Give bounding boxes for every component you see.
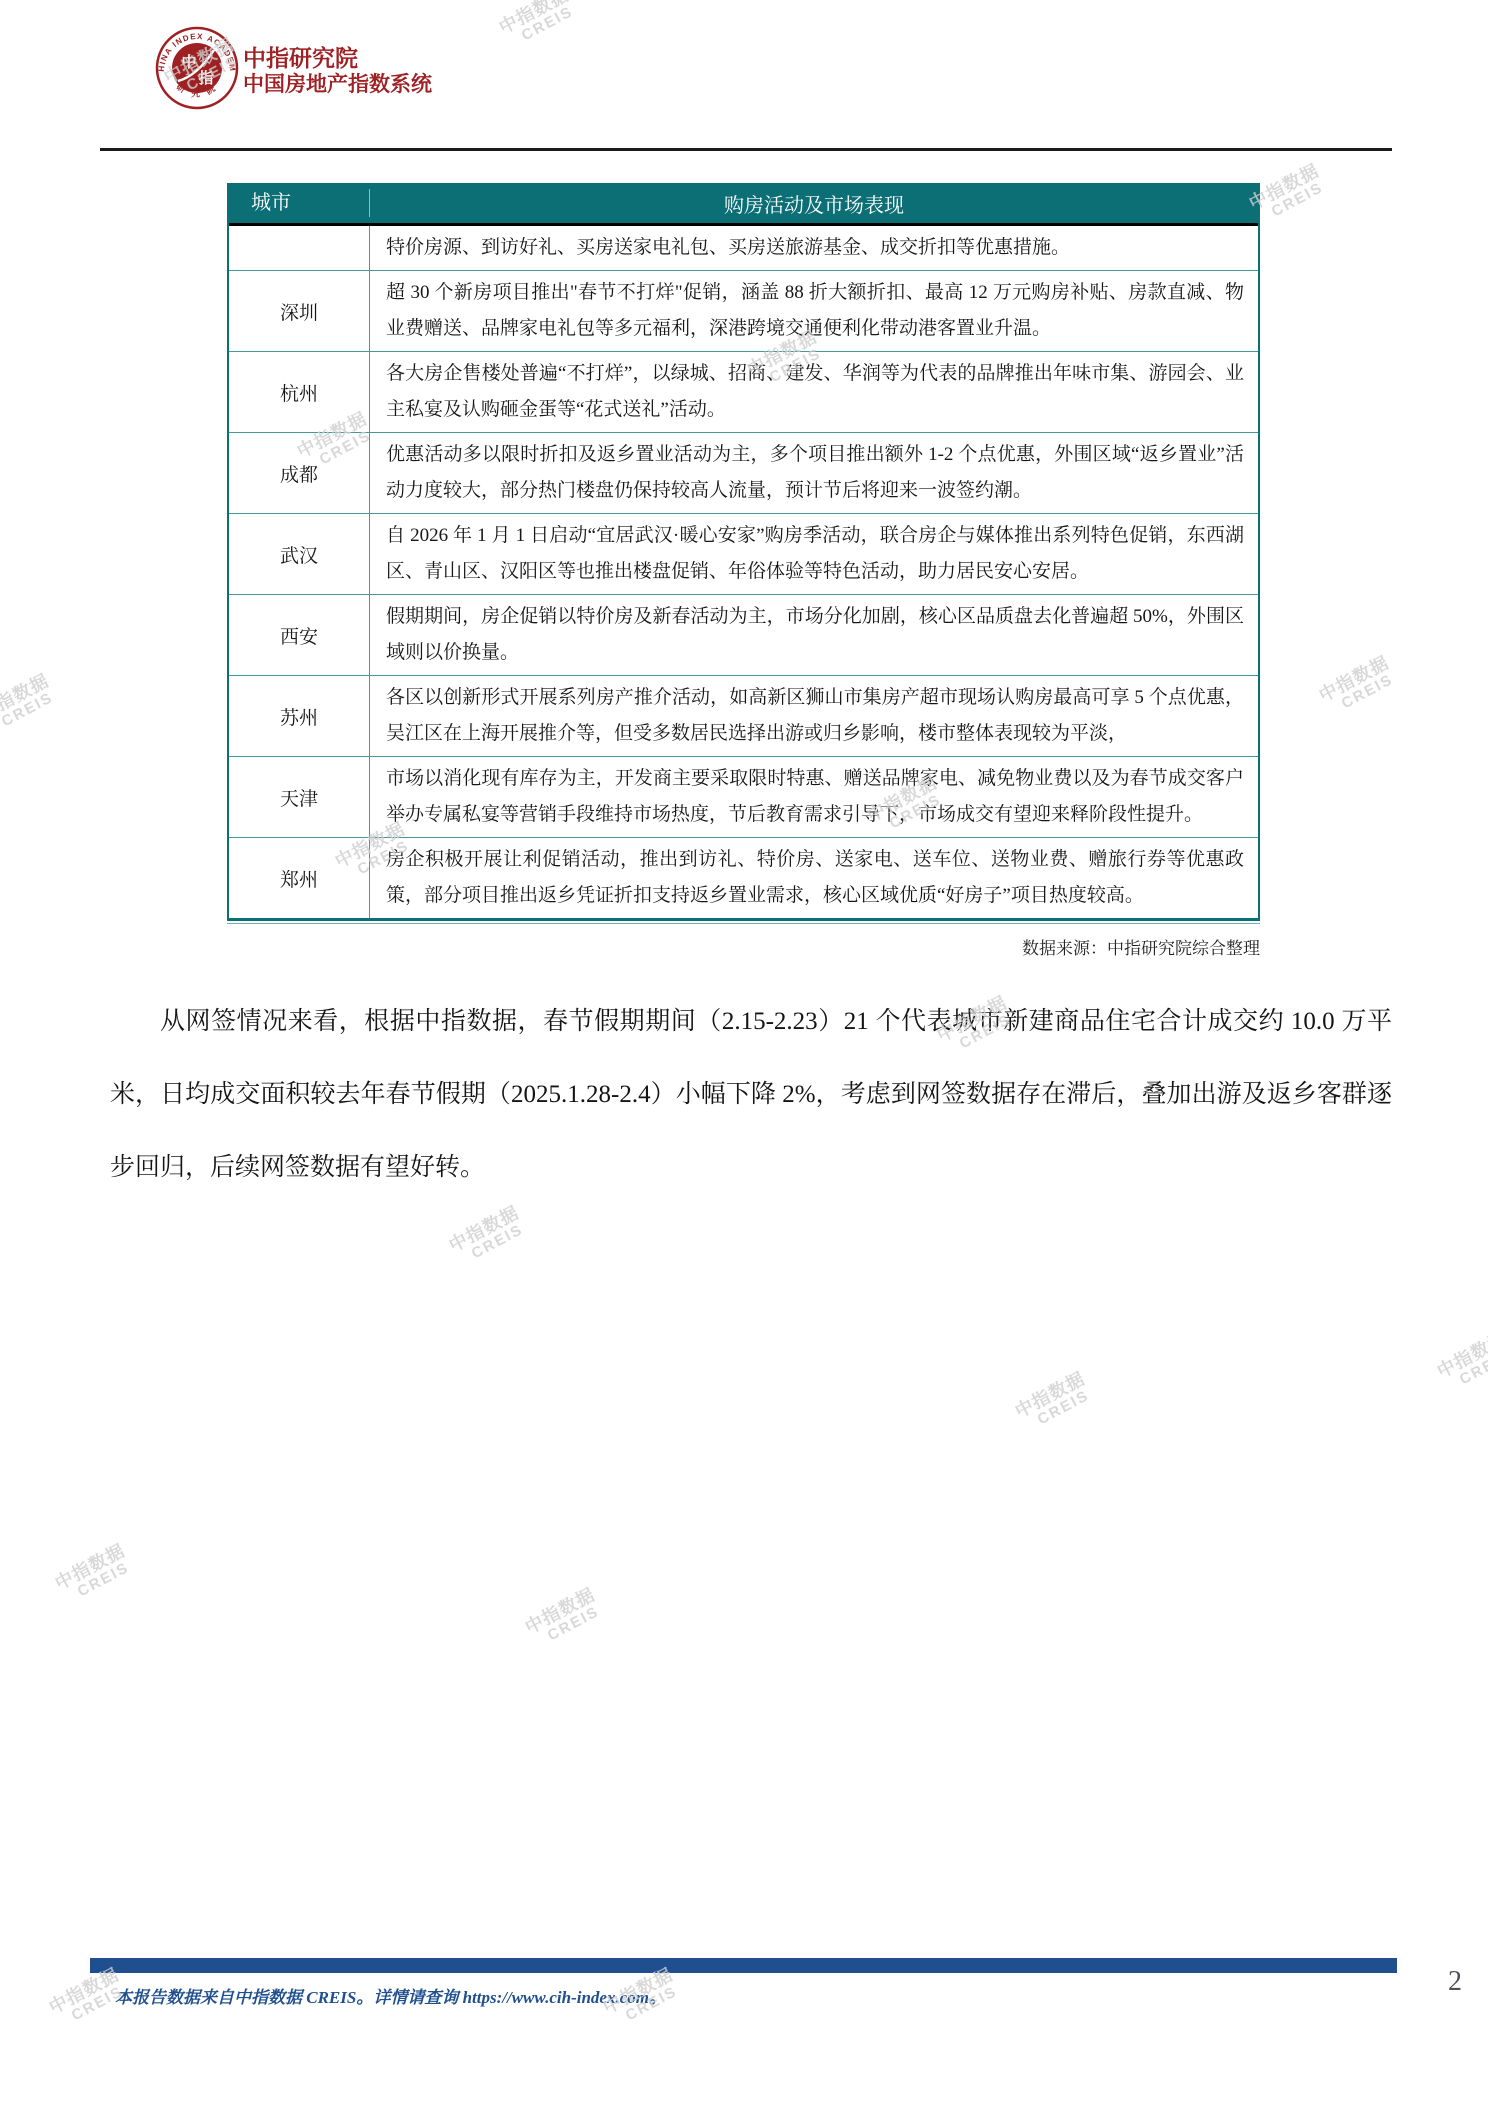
city-cell: 杭州 bbox=[229, 352, 370, 432]
city-cell: 深圳 bbox=[229, 271, 370, 351]
activity-cell: 市场以消化现有库存为主，开发商主要采取限时特惠、赠送品牌家电、减免物业费以及为春… bbox=[370, 757, 1258, 837]
table-row: 特价房源、到访好礼、买房送家电礼包、买房送旅游基金、成交折扣等优惠措施。 bbox=[229, 226, 1258, 271]
header-divider bbox=[100, 148, 1392, 151]
page-number: 2 bbox=[1448, 1966, 1462, 1998]
cia-logo-icon: CHINA INDEX ACADEMY 中 指 研 究 院 bbox=[155, 26, 239, 110]
watermark: 中指数据CREIS bbox=[52, 1540, 136, 1608]
page-content: 城市 购房活动及市场表现 特价房源、到访好礼、买房送家电礼包、买房送旅游基金、成… bbox=[0, 183, 1488, 1204]
table-row: 成都 优惠活动多以限时折扣及返乡置业活动为主，多个项目推出额外 1-2 个点优惠… bbox=[229, 433, 1258, 514]
city-cell: 郑州 bbox=[229, 838, 370, 918]
table-row: 武汉 自 2026 年 1 月 1 日启动“宜居武汉·暖心安家”购房季活动，联合… bbox=[229, 514, 1258, 595]
watermark: 中指数据CREIS bbox=[496, 0, 580, 53]
org-name: 中指研究院 bbox=[243, 44, 432, 72]
city-cell: 天津 bbox=[229, 757, 370, 837]
table-row: 杭州 各大房企售楼处普遍“不打烊”，以绿城、招商、建发、华润等为代表的品牌推出年… bbox=[229, 352, 1258, 433]
table-row: 郑州 房企积极开展让利促销活动，推出到访礼、特价房、送家电、送车位、送物业费、赠… bbox=[229, 838, 1258, 918]
watermark: 中指数据CREIS bbox=[1012, 1368, 1096, 1436]
activity-cell: 超 30 个新房项目推出"春节不打烊"促销，涵盖 88 折大额折扣、最高 12 … bbox=[370, 271, 1258, 351]
table-row: 天津 市场以消化现有库存为主，开发商主要采取限时特惠、赠送品牌家电、减免物业费以… bbox=[229, 757, 1258, 838]
footer-bar bbox=[90, 1958, 1397, 1973]
table-row: 苏州 各区以创新形式开展系列房产推介活动，如高新区狮山市集房产超市现场认购房最高… bbox=[229, 676, 1258, 757]
activity-cell: 各区以创新形式开展系列房产推介活动，如高新区狮山市集房产超市现场认购房最高可享 … bbox=[370, 676, 1258, 756]
city-cell bbox=[229, 226, 370, 270]
org-title: 中指研究院 中国房地产指数系统 bbox=[243, 44, 432, 98]
footer-note: 本报告数据来自中指数据 CREIS。详情请查询 https://www.cih-… bbox=[115, 1983, 666, 2008]
activity-cell: 假期期间，房企促销以特价房及新春活动为主，市场分化加剧，核心区品质盘去化普遍超 … bbox=[370, 595, 1258, 675]
activity-cell: 各大房企售楼处普遍“不打烊”，以绿城、招商、建发、华润等为代表的品牌推出年味市集… bbox=[370, 352, 1258, 432]
column-header-city: 城市 bbox=[229, 189, 370, 217]
city-cell: 苏州 bbox=[229, 676, 370, 756]
org-system-name: 中国房地产指数系统 bbox=[243, 72, 432, 98]
activity-cell: 特价房源、到访好礼、买房送家电礼包、买房送旅游基金、成交折扣等优惠措施。 bbox=[370, 226, 1258, 270]
logo-inner-char-top: 中 bbox=[181, 54, 196, 71]
city-cell: 成都 bbox=[229, 433, 370, 513]
activity-cell: 房企积极开展让利促销活动，推出到访礼、特价房、送家电、送车位、送物业费、赠旅行券… bbox=[370, 838, 1258, 918]
column-header-activity: 购房活动及市场表现 bbox=[370, 189, 1258, 218]
table-header-row: 城市 购房活动及市场表现 bbox=[229, 183, 1258, 223]
city-cell: 西安 bbox=[229, 595, 370, 675]
city-cell: 武汉 bbox=[229, 514, 370, 594]
body-paragraph: 从网签情况来看，根据中指数据，春节假期期间（2.15-2.23）21 个代表城市… bbox=[110, 985, 1392, 1204]
activity-cell: 自 2026 年 1 月 1 日启动“宜居武汉·暖心安家”购房季活动，联合房企与… bbox=[370, 514, 1258, 594]
city-activity-table: 城市 购房活动及市场表现 特价房源、到访好礼、买房送家电礼包、买房送旅游基金、成… bbox=[227, 183, 1260, 921]
data-source-note: 数据来源：中指研究院综合整理 bbox=[227, 934, 1260, 959]
watermark: 中指数据CREIS bbox=[446, 1202, 530, 1270]
activity-cell: 优惠活动多以限时折扣及返乡置业活动为主，多个项目推出额外 1-2 个点优惠，外围… bbox=[370, 433, 1258, 513]
watermark: 中指数据CREIS bbox=[522, 1584, 606, 1652]
table-bottom-underline bbox=[227, 923, 1260, 924]
report-page: { "header": { "logo": { "arc_top": "CHIN… bbox=[0, 0, 1488, 2104]
table-row: 西安 假期期间，房企促销以特价房及新春活动为主，市场分化加剧，核心区品质盘去化普… bbox=[229, 595, 1258, 676]
watermark: 中指数据CREIS bbox=[1434, 1328, 1488, 1396]
table-row: 深圳 超 30 个新房项目推出"春节不打烊"促销，涵盖 88 折大额折扣、最高 … bbox=[229, 271, 1258, 352]
